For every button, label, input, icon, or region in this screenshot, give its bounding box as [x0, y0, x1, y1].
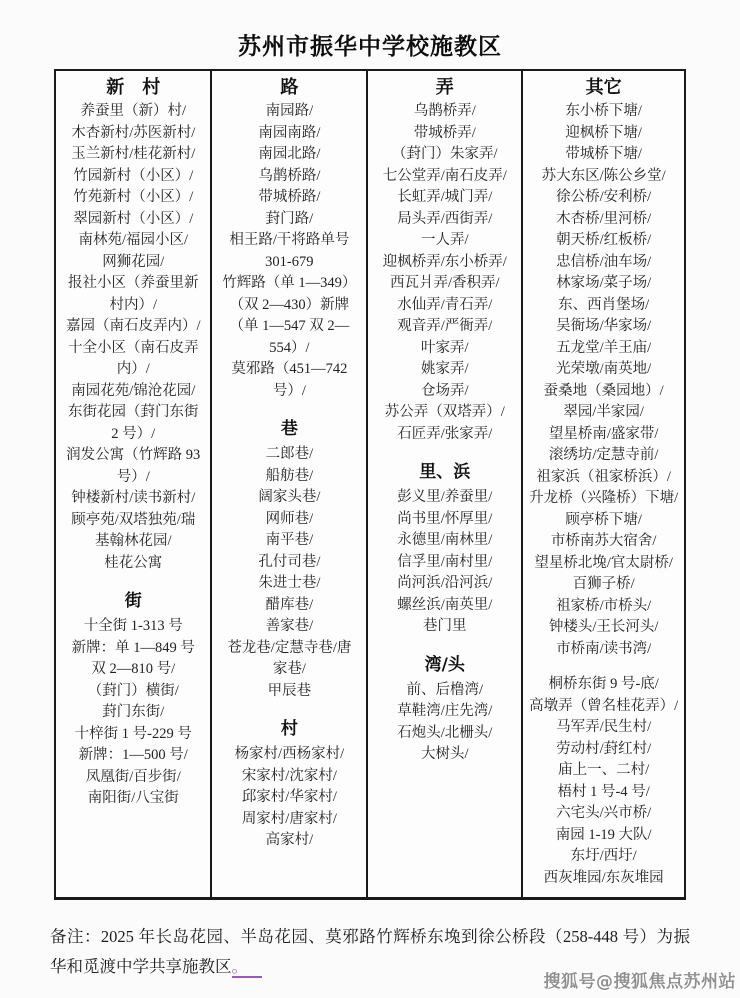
entry-line: 东小桥下塘/	[525, 101, 682, 123]
column-header: 路	[214, 74, 364, 101]
entry-line: 南园花苑/锦沧花园/	[58, 381, 208, 403]
entry-line: 玉兰新村/桂花新村/	[58, 144, 208, 166]
entry-line: 马军弄/民生村/	[525, 717, 682, 739]
entry-line: 西瓦爿弄/香积弄/	[370, 273, 519, 295]
footer-note-edit-mark: 。	[232, 957, 263, 978]
entry-line: 永德里/南林里/	[370, 530, 519, 552]
entry-line: 百狮子桥/	[525, 574, 682, 596]
entry-line: 十梓街 1 号-229 号	[58, 724, 208, 746]
entry-line: 养蚕里（新）村/	[58, 101, 208, 123]
entry-line: 南园北路/	[214, 144, 364, 166]
watermark: 搜狐号@搜狐焦点苏州站	[544, 967, 737, 992]
entry-line: 蚕桑地（桑园地）/	[525, 381, 682, 403]
entry-line: 翠园新村（小区）/	[58, 209, 208, 231]
district-table: 新 村养蚕里（新）村/木杏新村/苏医新村/玉兰新村/桂花新村/竹园新村（小区）/…	[54, 69, 686, 900]
entry-line: 梧村 1 号-4 号/	[525, 782, 682, 804]
entry-line: 东圩/西圩/	[525, 846, 682, 868]
entry-line: 尚书里/怀厚里/	[370, 509, 519, 531]
entry-line: 东、西肖堡场/	[525, 295, 682, 317]
entry-line: 庙上一、二村/	[525, 760, 682, 782]
entry-line: 葑门东街/	[58, 702, 208, 724]
entry-line: 新牌：单 1—849 号	[58, 638, 208, 660]
entry-line: 钟楼新村/读书新村/	[58, 488, 208, 510]
entry-line: 顾亭苑/双塔独苑/瑞	[58, 510, 208, 532]
entry-line: 2 号）/	[58, 424, 208, 446]
entry-line: 桂花公寓	[58, 553, 208, 575]
entry-line: 宋家村/沈家村/	[214, 766, 364, 788]
entry-line: 南园路/	[214, 101, 364, 123]
entry-line: 六宅头/兴市桥/	[525, 803, 682, 825]
entry-line: 竹苑新村（小区）/	[58, 187, 208, 209]
entry-line: 观音弄/严衙弄/	[370, 316, 519, 338]
entry-line: 家巷/	[214, 659, 364, 681]
entry-line: 翠园/半家园/	[525, 402, 682, 424]
entry-line: 祖家浜（祖家桥浜）/	[525, 467, 682, 489]
entry-line: 善家巷/	[214, 616, 364, 638]
table-column: 弄乌鹊桥弄/带城桥弄/（葑门）朱家弄/七公堂弄/南石皮弄/长虹弄/城门弄/局头弄…	[366, 71, 521, 897]
entry-line: 滚绣坊/定慧寺前/	[525, 445, 682, 467]
entry-line: 迎枫桥弄/东小桥弄/	[370, 252, 519, 274]
entry-line: 网师巷/	[214, 509, 364, 531]
entry-line: 升龙桥（兴隆桥）下塘/	[525, 488, 682, 510]
entry-line: 顾亭桥下塘/	[525, 510, 682, 532]
entry-line: 南园 1-19 大队/	[525, 825, 682, 847]
entry-line: 南阳街/八宝街	[58, 788, 208, 810]
entry-line: 润发公寓（竹辉路 93	[58, 445, 208, 467]
entry-line: （葑门）朱家弄/	[370, 144, 519, 166]
section-title: 巷	[214, 416, 364, 442]
entry-line: 木杏新村/苏医新村/	[58, 123, 208, 145]
entry-line: 钟楼头/王长河头/	[525, 617, 682, 639]
entry-line: 二郎巷/	[214, 444, 364, 466]
entry-line: 草鞋湾/庄先湾/	[370, 701, 519, 723]
entry-line: 西灰堆园/东灰堆园	[525, 868, 682, 890]
table-column: 其它东小桥下塘/迎枫桥下塘/带城桥下塘/苏大东区/陈公乡堂/徐公桥/安利桥/木杏…	[521, 71, 684, 897]
entry-line: 螺丝浜/南英里/	[370, 595, 519, 617]
entry-line: 葑门路/	[214, 209, 364, 231]
entry-line: 内）/	[58, 359, 208, 381]
entry-line: 554）/	[214, 338, 364, 360]
table-column: 路南园路/南园南路/南园北路/乌鹊桥路/带城桥路/葑门路/相王路/干将路单号30…	[210, 71, 366, 897]
entry-line: 徐公桥/安利桥/	[525, 187, 682, 209]
entry-line: 长虹弄/城门弄/	[370, 187, 519, 209]
entry-line: 高家村/	[214, 830, 364, 852]
page-title: 苏州市振华中学校施教区	[0, 28, 740, 61]
entry-line: 望星桥北堍/官太尉桥/	[525, 553, 682, 575]
section-title: 里、浜	[370, 459, 519, 485]
entry-line: 忠信桥/油车场/	[525, 252, 682, 274]
entry-line: 吴衙场/华家场/	[525, 316, 682, 338]
entry-line: 高墩弄（曾名桂花弄）/	[525, 696, 682, 718]
entry-line: 五龙堂/羊王庙/	[525, 338, 682, 360]
column-header: 新 村	[58, 74, 208, 101]
column-header: 弄	[370, 74, 519, 101]
section-title: 村	[214, 716, 364, 742]
entry-line: 前、后橹湾/	[370, 680, 519, 702]
entry-line: 祖家桥/市桥头/	[525, 596, 682, 618]
entry-line: 相王路/干将路单号	[214, 230, 364, 252]
entry-line: 带城桥路/	[214, 187, 364, 209]
entry-line: 市桥南苏大宿舍/	[525, 531, 682, 553]
entry-line: 竹辉路（单 1—349）	[214, 273, 364, 295]
entry-line: 信孚里/南村里/	[370, 552, 519, 574]
entry-line: 带城桥弄/	[370, 123, 519, 145]
entry-line: 一人弄/	[370, 230, 519, 252]
entry-line: 301-679	[214, 252, 364, 274]
entry-line: 苍龙巷/定慧寺巷/唐	[214, 638, 364, 660]
table-column: 新 村养蚕里（新）村/木杏新村/苏医新村/玉兰新村/桂花新村/竹园新村（小区）/…	[56, 71, 210, 897]
entry-line: 七公堂弄/南石皮弄/	[370, 166, 519, 188]
entry-line: 孔付司巷/	[214, 552, 364, 574]
entry-line: 基翰林花园/	[58, 531, 208, 553]
entry-line: 周家村/唐家村/	[214, 809, 364, 831]
entry-line: 尚河浜/沿河浜/	[370, 573, 519, 595]
entry-line: 号）/	[58, 467, 208, 489]
entry-line: 十全小区（南石皮弄	[58, 338, 208, 360]
column-header: 其它	[525, 74, 682, 101]
entry-line: 石匠弄/张家弄/	[370, 424, 519, 446]
entry-line: 南平巷/	[214, 530, 364, 552]
entry-line: 新牌：1—500 号/	[58, 745, 208, 767]
entry-line: 林家场/菜子场/	[525, 273, 682, 295]
entry-line: 叶家弄/	[370, 338, 519, 360]
section-title: 街	[58, 588, 208, 614]
entry-line: 仓场弄/	[370, 381, 519, 403]
entry-line: 劳动村/葑红村/	[525, 739, 682, 761]
entry-line: 竹园新村（小区）/	[58, 166, 208, 188]
entry-line: 网狮花园/	[58, 252, 208, 274]
entry-line: 乌鹊桥弄/	[370, 101, 519, 123]
entry-line: 邱家村/华家村/	[214, 787, 364, 809]
entry-line: 巷门里	[370, 616, 519, 638]
entry-line: 东街花园（葑门东街	[58, 402, 208, 424]
entry-line: 姚家弄/	[370, 359, 519, 381]
entry-line: 带城桥下塘/	[525, 144, 682, 166]
entry-line: 大树头/	[370, 744, 519, 766]
entry-line: 木杏桥/里河桥/	[525, 209, 682, 231]
entry-line: 石炮头/北栅头/	[370, 723, 519, 745]
section-title: 湾/头	[370, 652, 519, 678]
entry-line: 十全街 1-313 号	[58, 616, 208, 638]
entry-line: （单 1—547 双 2—	[214, 316, 364, 338]
entry-line: 船舫巷/	[214, 466, 364, 488]
entry-line: 桐桥东街 9 号-底/	[525, 674, 682, 696]
entry-line: 嘉园（南石皮弄内）/	[58, 316, 208, 338]
entry-line	[525, 660, 682, 674]
entry-line: 望星桥南/盛家带/	[525, 424, 682, 446]
entry-line: 市桥南/读书湾/	[525, 639, 682, 661]
entry-line: 苏大东区/陈公乡堂/	[525, 166, 682, 188]
entry-line: 莫邪路（451—742	[214, 359, 364, 381]
entry-line: 局头弄/西街弄/	[370, 209, 519, 231]
entry-line: 水仙弄/青石弄/	[370, 295, 519, 317]
entry-line: 凤凰街/百步街/	[58, 767, 208, 789]
entry-line: （双 2—430）新牌	[214, 295, 364, 317]
entry-line: 朝天桥/红板桥/	[525, 230, 682, 252]
entry-line: 南园南路/	[214, 123, 364, 145]
entry-line: 朱进士巷/	[214, 573, 364, 595]
entry-line: 彭义里/养蚕里/	[370, 487, 519, 509]
entry-line: 醋库巷/	[214, 595, 364, 617]
entry-line: 甲辰巷	[214, 681, 364, 703]
entry-line: 迎枫桥下塘/	[525, 123, 682, 145]
entry-line: 号）/	[214, 381, 364, 403]
entry-line: 乌鹊桥路/	[214, 166, 364, 188]
entry-line: 苏公弄（双塔弄）/	[370, 402, 519, 424]
entry-line: 南林苑/福园小区/	[58, 230, 208, 252]
entry-line: 双 2—810 号/	[58, 659, 208, 681]
entry-line: 村内）/	[58, 295, 208, 317]
entry-line: （葑门）横街/	[58, 681, 208, 703]
entry-line: 阔家头巷/	[214, 487, 364, 509]
entry-line: 杨家村/西杨家村/	[214, 744, 364, 766]
entry-line: 光荣墩/南英地/	[525, 359, 682, 381]
entry-line: 报社小区（养蚕里新	[58, 273, 208, 295]
